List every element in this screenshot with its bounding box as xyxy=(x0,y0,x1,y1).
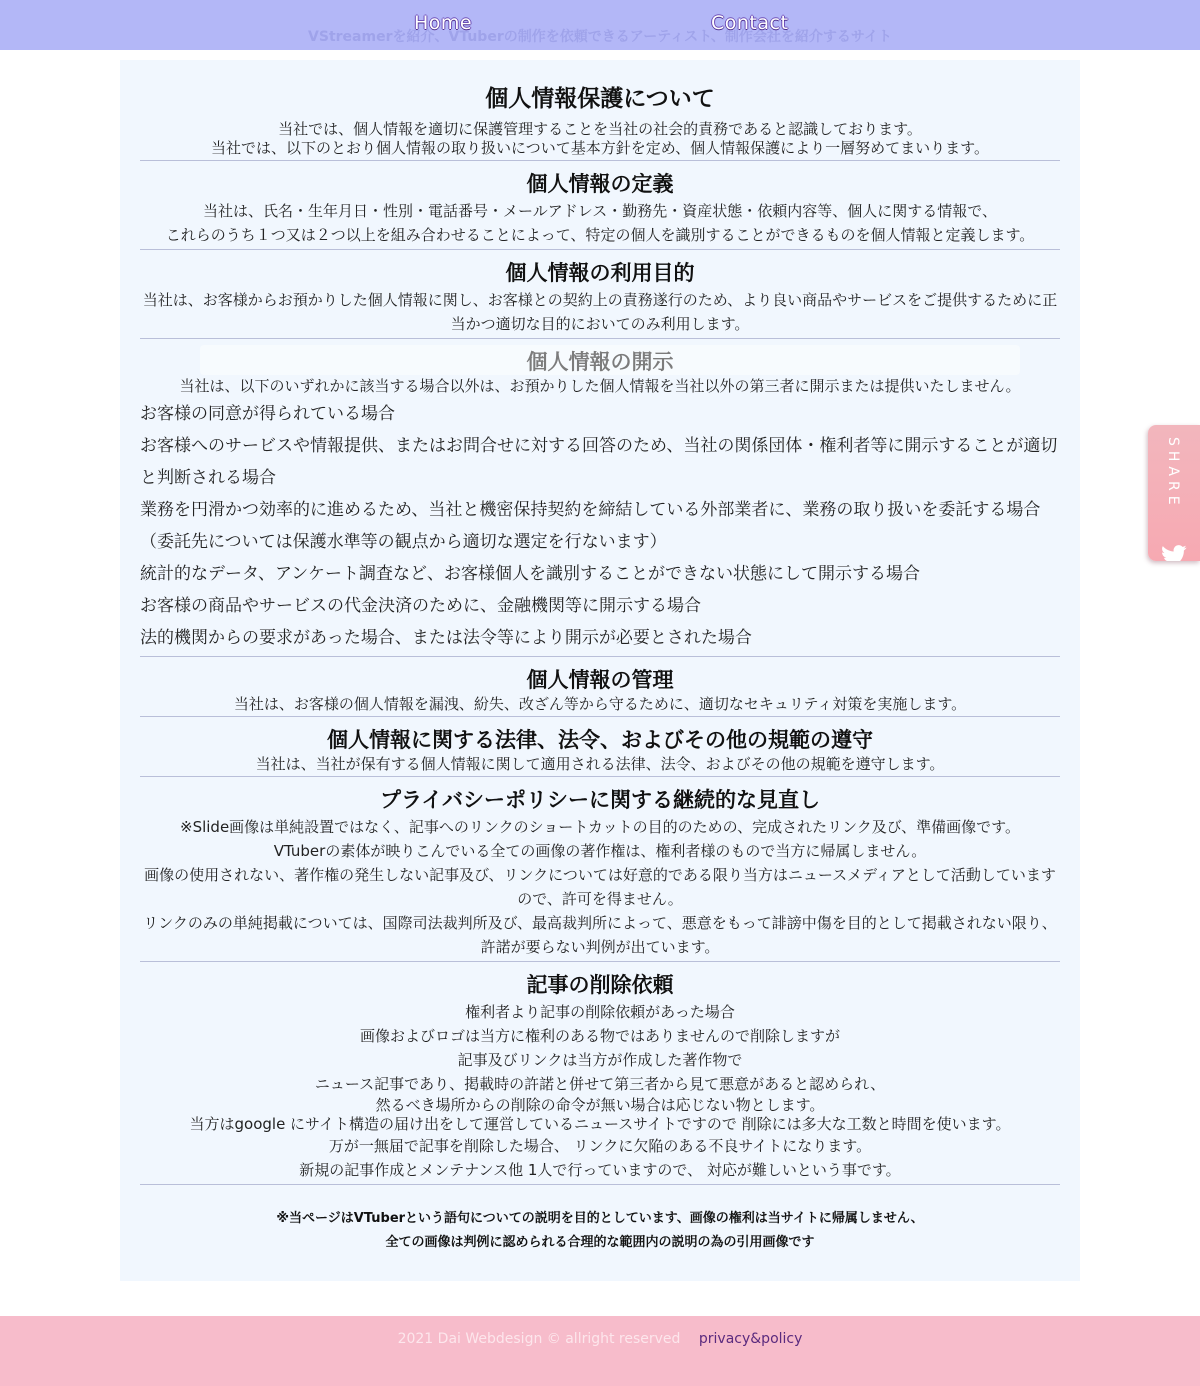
section-paragraph: 然るべき場所からの削除の命令が無い場合は応じない物とします。 xyxy=(140,1096,1060,1115)
list-item: 法的機関からの要求があった場合、または法令等により開示が必要とされた場合 xyxy=(140,622,1060,654)
nav-home-link[interactable]: Home xyxy=(414,12,472,34)
privacy-policy-link[interactable]: privacy&policy xyxy=(699,1331,803,1347)
list-item: 業務を円滑かつ効率的に進めるため、当社と機密保持契約を締結している外部業者に、業… xyxy=(140,494,1060,558)
list-item: お客様へのサービスや情報提供、またはお問合せに対する回答のため、当社の関係団体・… xyxy=(140,430,1060,494)
section-management: 個人情報の管理 当社は、お客様の個人情報を漏洩、紛失、改ざん等から守るために、適… xyxy=(140,665,1060,717)
note-line: ※当ページはVTuberという語句についての説明を目的としています、画像の権利は… xyxy=(140,1207,1060,1231)
section-paragraph: 万が一無届で記事を削除した場合、 リンクに欠陥のある不良サイトになります。 xyxy=(140,1134,1060,1158)
twitter-icon xyxy=(1161,545,1187,561)
section-definition: 個人情報の定義 当社は、氏名・生年月日・性別・電話番号・メールアドレス・勤務先・… xyxy=(140,169,1060,250)
section-paragraph: 記事及びリンクは当方が作成した著作物で xyxy=(140,1048,1060,1072)
page-title: 個人情報保護について xyxy=(140,82,1060,116)
section-paragraph: 当社は、氏名・生年月日・性別・電話番号・メールアドレス・勤務先・資産状態・依頼内… xyxy=(140,199,1060,223)
section-paragraph: リンクのみの単純掲載については、国際司法裁判所及び、最高裁判所によって、悪意をも… xyxy=(140,911,1060,959)
section-paragraph: 当方はgoogle にサイト構造の届け出をして運営しているニュースサイトですので… xyxy=(140,1115,1060,1134)
copyright-text: 2021 Dai Webdesign © allright reserved xyxy=(398,1331,681,1347)
section-disclosure: 個人情報の開示 当社は、以下のいずれかに該当する場合以外は、お預かりした個人情報… xyxy=(140,347,1060,657)
section-heading: 個人情報の定義 xyxy=(140,169,1060,199)
main-nav: Home Contact xyxy=(0,12,1200,40)
privacy-policy-content: 個人情報保護について 当社では、個人情報を適切に保護管理することを当社の社会的責… xyxy=(120,60,1080,1281)
section-heading: 個人情報の利用目的 xyxy=(140,258,1060,288)
site-header: VStreamerを紹介、VTuberの制作を依頼できるアーティスト、制作会社を… xyxy=(0,0,1200,50)
disclosure-conditions-list: お客様の同意が得られている場合 お客様へのサービスや情報提供、またはお問合せに対… xyxy=(140,398,1060,654)
list-item: 統計的なデータ、アンケート調査など、お客様個人を識別することができない状態にして… xyxy=(140,558,1060,590)
section-policy-review: プライバシーポリシーに関する継続的な見直し ※Slide画像は単純設置ではなく、… xyxy=(140,785,1060,962)
section-heading: 個人情報の開示 xyxy=(140,347,1060,377)
section-purpose: 個人情報の利用目的 当社は、お客様からお預かりした個人情報に関し、お客様との契約… xyxy=(140,258,1060,339)
nav-contact-link[interactable]: Contact xyxy=(711,12,788,34)
section-heading: 記事の削除依頼 xyxy=(140,970,1060,1000)
section-paragraph: これらのうち１つ又は２つ以上を組み合わせることによって、特定の個人を識別すること… xyxy=(140,223,1060,247)
section-heading: プライバシーポリシーに関する継続的な見直し xyxy=(140,785,1060,815)
section-paragraph: ※Slide画像は単純設置ではなく、記事へのリンクのショートカットの目的のための… xyxy=(140,815,1060,839)
section-paragraph: ニュース記事であり、掲載時の許諾と併せて第三者から見て悪意があると認められ、 xyxy=(140,1072,1060,1096)
share-label: SHARE xyxy=(1165,437,1181,510)
section-paragraph: VTuberの素体が映りこんでいる全ての画像の著作権は、権利者様のもので当方に帰… xyxy=(140,839,1060,863)
share-tab-button[interactable]: SHARE xyxy=(1148,425,1200,561)
section-paragraph: 当社では、個人情報を適切に保護管理することを当社の社会的責務であると認識しており… xyxy=(140,120,1060,139)
site-footer: 2021 Dai Webdesign © allright reserved p… xyxy=(0,1316,1200,1386)
section-paragraph: 当社は、以下のいずれかに該当する場合以外は、お預かりした個人情報を当社以外の第三… xyxy=(140,377,1060,396)
section-paragraph: 当社は、お客様の個人情報を漏洩、紛失、改ざん等から守るために、適切なセキュリティ… xyxy=(140,695,1060,714)
section-paragraph: 画像の使用されない、著作権の発生しない記事及び、リンクについては好意的である限り… xyxy=(140,863,1060,911)
note-line: 全ての画像は判例に認められる合理的な範囲内の説明の為の引用画像です xyxy=(140,1231,1060,1255)
section-paragraph: 当社では、以下のとおり個人情報の取り扱いについて基本方針を定め、個人情報保護によ… xyxy=(140,139,1060,158)
section-deletion-request: 記事の削除依頼 権利者より記事の削除依頼があった場合 画像およびロゴは当方に権利… xyxy=(140,970,1060,1185)
list-item: お客様の同意が得られている場合 xyxy=(140,398,1060,430)
section-paragraph: 画像およびロゴは当方に権利のある物ではありませんので削除しますが xyxy=(140,1024,1060,1048)
section-privacy-protection: 個人情報保護について 当社では、個人情報を適切に保護管理することを当社の社会的責… xyxy=(140,82,1060,161)
section-paragraph: 当社は、お客様からお預かりした個人情報に関し、お客様との契約上の責務遂行のため、… xyxy=(140,288,1060,336)
list-item: お客様の商品やサービスの代金決済のために、金融機関等に開示する場合 xyxy=(140,590,1060,622)
section-paragraph: 権利者より記事の削除依頼があった場合 xyxy=(140,1000,1060,1024)
section-paragraph: 当社は、当社が保有する個人情報に関して適用される法律、法令、およびその他の規範を… xyxy=(140,755,1060,774)
section-heading: 個人情報に関する法律、法令、およびその他の規範の遵守 xyxy=(140,725,1060,755)
section-compliance: 個人情報に関する法律、法令、およびその他の規範の遵守 当社は、当社が保有する個人… xyxy=(140,725,1060,777)
section-heading: 個人情報の管理 xyxy=(140,665,1060,695)
section-paragraph: 新規の記事作成とメンテナンス他 1人で行っていますので、 対応が難しいという事で… xyxy=(140,1158,1060,1182)
image-rights-note: ※当ページはVTuberという語句についての説明を目的としています、画像の権利は… xyxy=(140,1193,1060,1259)
